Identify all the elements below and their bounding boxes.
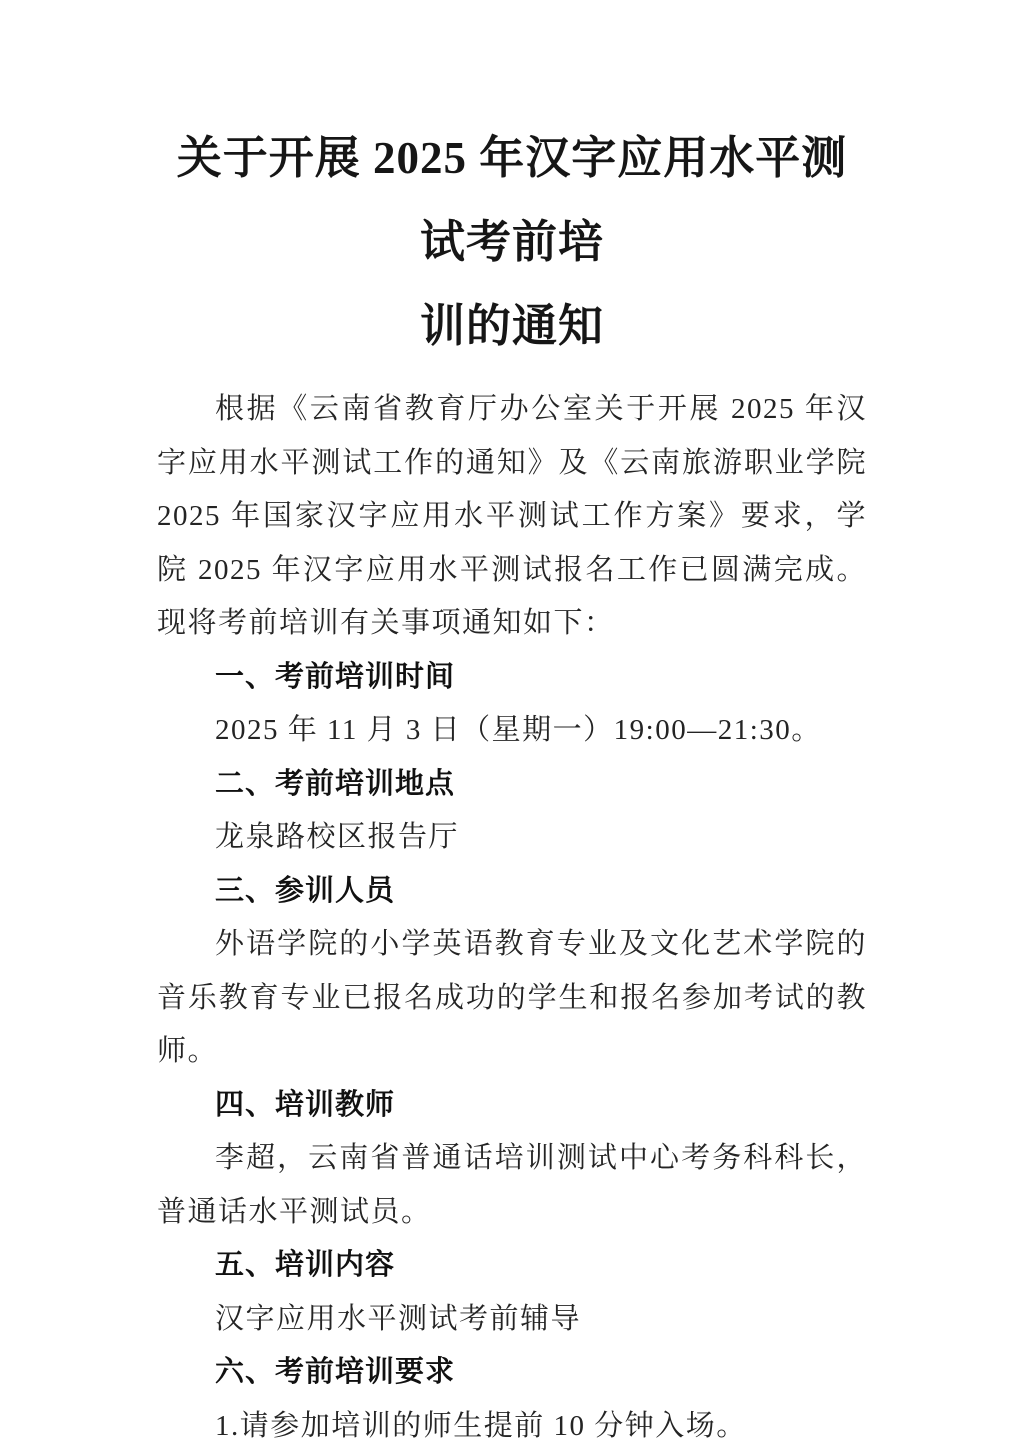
section-3-body: 外语学院的小学英语教育专业及文化艺术学院的音乐教育专业已报名成功的学生和报名参加… [157,918,867,1079]
section-4-heading: 四、培训教师 [157,1079,867,1133]
document-title: 关于开展 2025 年汉字应用水平测试考前培 训的通知 [157,116,867,368]
section-6-heading: 六、考前培训要求 [157,1346,867,1400]
intro-paragraph: 根据《云南省教育厅办公室关于开展 2025 年汉字应用水平测试工作的通知》及《云… [157,383,867,651]
document-title-line-2: 训的通知 [157,284,867,368]
document-body: 根据《云南省教育厅办公室关于开展 2025 年汉字应用水平测试工作的通知》及《云… [157,383,867,1448]
section-1-body: 2025 年 11 月 3 日（星期一）19:00—21:30。 [157,704,867,758]
document-content: 关于开展 2025 年汉字应用水平测试考前培 训的通知 根据《云南省教育厅办公室… [0,0,1024,1448]
section-6-body: 1.请参加培训的师生提前 10 分钟入场。 [157,1400,867,1448]
section-1-heading: 一、考前培训时间 [157,651,867,705]
document-title-line-1: 关于开展 2025 年汉字应用水平测试考前培 [157,116,867,284]
section-5-body: 汉字应用水平测试考前辅导 [157,1293,867,1347]
document-page: 关于开展 2025 年汉字应用水平测试考前培 训的通知 根据《云南省教育厅办公室… [0,0,1024,1448]
section-2-body: 龙泉路校区报告厅 [157,811,867,865]
section-2-heading: 二、考前培训地点 [157,758,867,812]
section-4-body: 李超，云南省普通话培训测试中心考务科科长，普通话水平测试员。 [157,1132,867,1239]
section-5-heading: 五、培训内容 [157,1239,867,1293]
section-3-heading: 三、参训人员 [157,865,867,919]
